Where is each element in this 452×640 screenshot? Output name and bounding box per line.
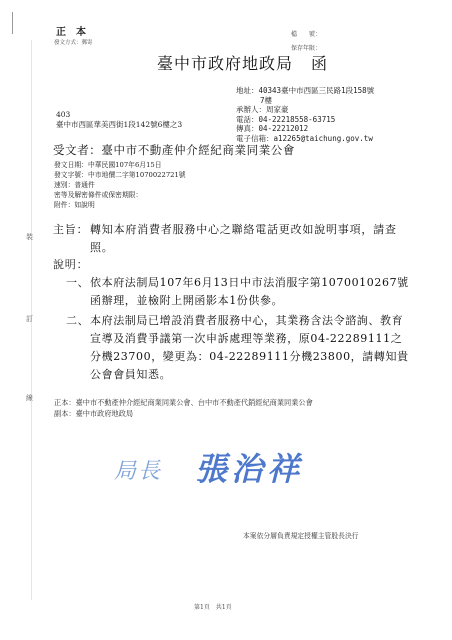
item-text: 依本府法制局107年6月13日中市法消服字第1070010267號函辦理，並檢附… — [90, 274, 410, 310]
fax: 傳真：04-22212012 — [236, 124, 374, 134]
signature-name: 張治祥 — [195, 444, 303, 490]
scan-mark — [12, 12, 13, 34]
explanation-label: 說明： — [53, 256, 88, 272]
item-text: 本府法制局已增設消費者服務中心，其業務含法令諮詢、教育宣導及消費爭議第一次申訴處… — [90, 312, 410, 384]
recipient-address: 403 臺中市西區華美西街1段142號6樓之3 — [56, 110, 182, 129]
subject-text: 轉知本府消費者服務中心之聯絡電話更改如說明事項，請查照。 — [90, 221, 420, 257]
recipient-zip: 403 — [56, 110, 182, 120]
delivery-speed: 速別：普通件 — [54, 180, 186, 190]
delegation-note: 本案依分層負責規定授權主管股長決行 — [243, 530, 359, 540]
page-number: 第1頁 共1頁 — [194, 602, 232, 611]
distribution: 正本：臺中市不動產仲介經紀商業同業公會、台中市不動產代銷經紀商業同業公會 副本：… — [54, 398, 313, 419]
document-meta: 發文日期：中華民國107年6月15日 發文字號：中市地價二字第107002272… — [54, 160, 186, 210]
copy-type: 正本 — [56, 23, 96, 38]
issue-date: 發文日期：中華民國107年6月15日 — [54, 160, 186, 170]
document-number: 發文字號：中市地價二字第1070022721號 — [54, 170, 186, 180]
archive-number-label: 檔 號： — [291, 29, 321, 38]
signature-title: 局長 — [114, 454, 162, 485]
item-number: 一、 — [66, 274, 89, 292]
phone: 電話：04-22218558-63715 — [236, 115, 374, 125]
sender-address-floor: 7樓 — [236, 96, 374, 106]
handler: 承辦人：周家豪 — [236, 105, 374, 115]
agency-name: 臺中市政府地政局 — [157, 54, 293, 73]
document-type: 函 — [311, 54, 328, 73]
binding-mark-zhuang: 裝 — [26, 232, 33, 242]
recipient: 受文者：臺中市不動產仲介經紀商業同業公會 — [53, 142, 295, 158]
binding-mark-ding: 訂 — [26, 314, 33, 324]
attachment: 附件：如說明 — [54, 200, 186, 210]
item-number: 二、 — [66, 312, 89, 330]
document-title: 臺中市政府地政局函 — [157, 51, 328, 74]
original-recipients: 正本：臺中市不動產仲介經紀商業同業公會、台中市不動產代銷經紀商業同業公會 — [54, 398, 313, 409]
subject-label: 主旨： — [53, 221, 88, 239]
contact-block: 地址：40343臺中市西區三民路1段158號 7樓 承辦人：周家豪 電話：04-… — [236, 86, 374, 144]
recipient-street: 臺中市西區華美西街1段142號6樓之3 — [56, 120, 182, 130]
binding-mark-xian: 線 — [26, 393, 33, 403]
secrecy-level: 密等及解密條件或保密期限： — [54, 190, 186, 200]
copy-recipients: 副本：臺中市政府地政局 — [54, 409, 313, 420]
sender-address: 地址：40343臺中市西區三民路1段158號 — [236, 86, 374, 96]
send-method: 發文方式：郵寄 — [54, 38, 93, 46]
